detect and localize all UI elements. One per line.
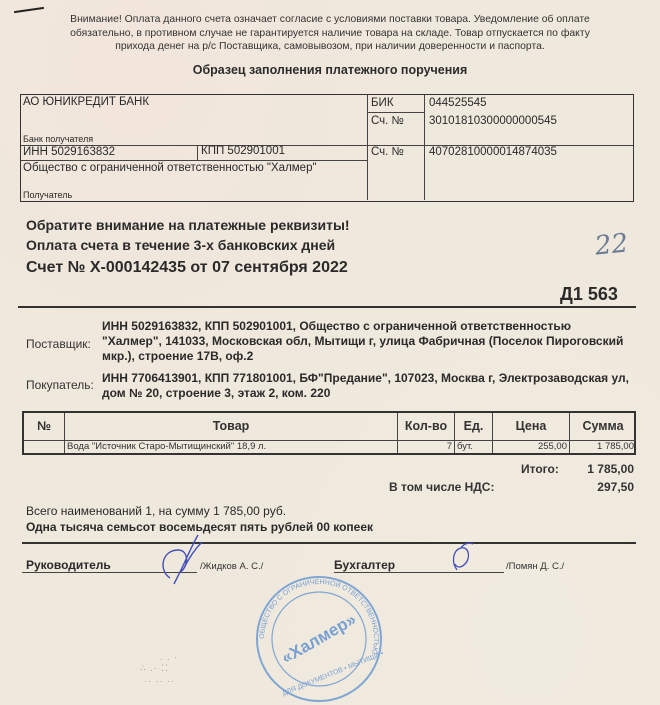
supplier-line: "Халмер", 141033, Московская обл, Мытищи… — [102, 334, 632, 349]
attention-line: Обратите внимание на платежные реквизиты… — [26, 217, 350, 233]
accountant-name: /Помян Д. С./ — [506, 561, 564, 572]
director-signature-icon — [140, 520, 210, 585]
doc-number: Д1 563 — [560, 284, 618, 305]
vat-label: В том числе НДС: — [389, 480, 494, 494]
faint-imprint: ∴ .· ⁚⁚ — [140, 663, 169, 674]
divider — [22, 542, 636, 544]
invoice-page: Внимание! Оплата данного счета означает … — [0, 0, 660, 705]
supplier-line: ИНН 5029163832, КПП 502901001, Общество … — [102, 319, 632, 334]
total-value: 1 785,00 — [544, 462, 634, 476]
recipient-kpp: КПП 502901001 — [197, 145, 285, 160]
payment-term-line: Оплата счета в течение 3-х банковских дн… — [26, 237, 335, 253]
corr-account-value: 30101810300000000545 — [429, 115, 557, 127]
buyer-label: Покупатель: — [26, 378, 94, 392]
corr-account-label: Сч. № — [371, 115, 404, 127]
bik-value: 044525545 — [429, 97, 487, 109]
recipient-inn: ИНН 5029163832 — [23, 146, 115, 158]
bank-caption: Банк получателя — [23, 134, 93, 144]
notice-line: обязательно, в противном случае не гаран… — [40, 27, 620, 41]
recipient-caption: Получатель — [23, 190, 72, 200]
notice-line: прихода денег на р/с Поставщика, самовыв… — [40, 40, 620, 54]
divider — [367, 112, 425, 113]
cell-sum: 1 785,00 — [569, 440, 636, 453]
bank-details-table: АО ЮНИКРЕДИТ БАНК Банк получателя ИНН 50… — [20, 94, 634, 202]
header-num: № — [24, 413, 64, 440]
accountant-sign-line — [334, 572, 504, 573]
header-item: Товар — [64, 413, 397, 440]
notice-line: Внимание! Оплата данного счета означает … — [40, 13, 620, 27]
cell-price: 255,00 — [492, 440, 569, 453]
director-label: Руководитель — [26, 558, 111, 572]
buyer-line: ИНН 7706413901, КПП 771801001, БФ"Предан… — [102, 371, 632, 386]
faint-imprint: . . ∙ — [160, 652, 178, 662]
header-unit: Ед. — [454, 413, 492, 440]
items-summary: Всего наименований 1, на сумму 1 785,00 … — [26, 504, 286, 518]
buyer-line: дом № 20, строение 3, этаж 2, ком. 220 — [102, 386, 632, 401]
cell-num — [24, 440, 64, 453]
account-label: Сч. № — [371, 146, 404, 158]
accountant-signature-icon — [447, 540, 477, 575]
header-qty: Кол-во — [397, 413, 454, 440]
faint-imprint: ·· ·· ·· — [144, 676, 175, 686]
payment-notice: Внимание! Оплата данного счета означает … — [40, 13, 620, 54]
supplier-details: ИНН 5029163832, КПП 502901001, Общество … — [102, 319, 632, 364]
divider — [21, 160, 367, 161]
buyer-details: ИНН 7706413901, КПП 771801001, БФ"Предан… — [102, 371, 632, 401]
company-stamp-icon: ОБЩЕСТВО С ОГРАНИЧЕННОЙ ОТВЕТСТВЕННОСТЬЮ… — [244, 574, 394, 704]
header-price: Цена — [492, 413, 569, 440]
vat-value: 297,50 — [544, 480, 634, 494]
supplier-label: Поставщик: — [26, 337, 91, 351]
bik-label: БИК — [371, 97, 394, 109]
invoice-title: Счет № Х-000142435 от 07 сентября 2022 — [26, 259, 348, 277]
goods-table: № Товар Кол-во Ед. Цена Сумма Вода "Исто… — [22, 411, 636, 455]
cell-item: Вода "Источник Старо-Мытищинский" 18,9 л… — [64, 440, 397, 453]
cell-unit: бут. — [454, 440, 492, 453]
account-value: 40702810000014874035 — [429, 146, 557, 158]
divider — [18, 306, 636, 308]
stamp-center-text: «Халмер» — [278, 610, 359, 668]
sample-title: Образец заполнения платежного поручения — [0, 63, 660, 77]
supplier-line: мкр.), строение 17В, оф.2 — [102, 349, 632, 364]
recipient-name: Общество с ограниченной ответственностью… — [23, 162, 317, 174]
header-sum: Сумма — [569, 413, 636, 440]
bank-name: АО ЮНИКРЕДИТ БАНК — [23, 96, 149, 108]
accountant-label: Бухгалтер — [334, 558, 395, 572]
handwritten-note: 22 — [594, 228, 630, 261]
cell-qty: 7 — [397, 440, 454, 453]
